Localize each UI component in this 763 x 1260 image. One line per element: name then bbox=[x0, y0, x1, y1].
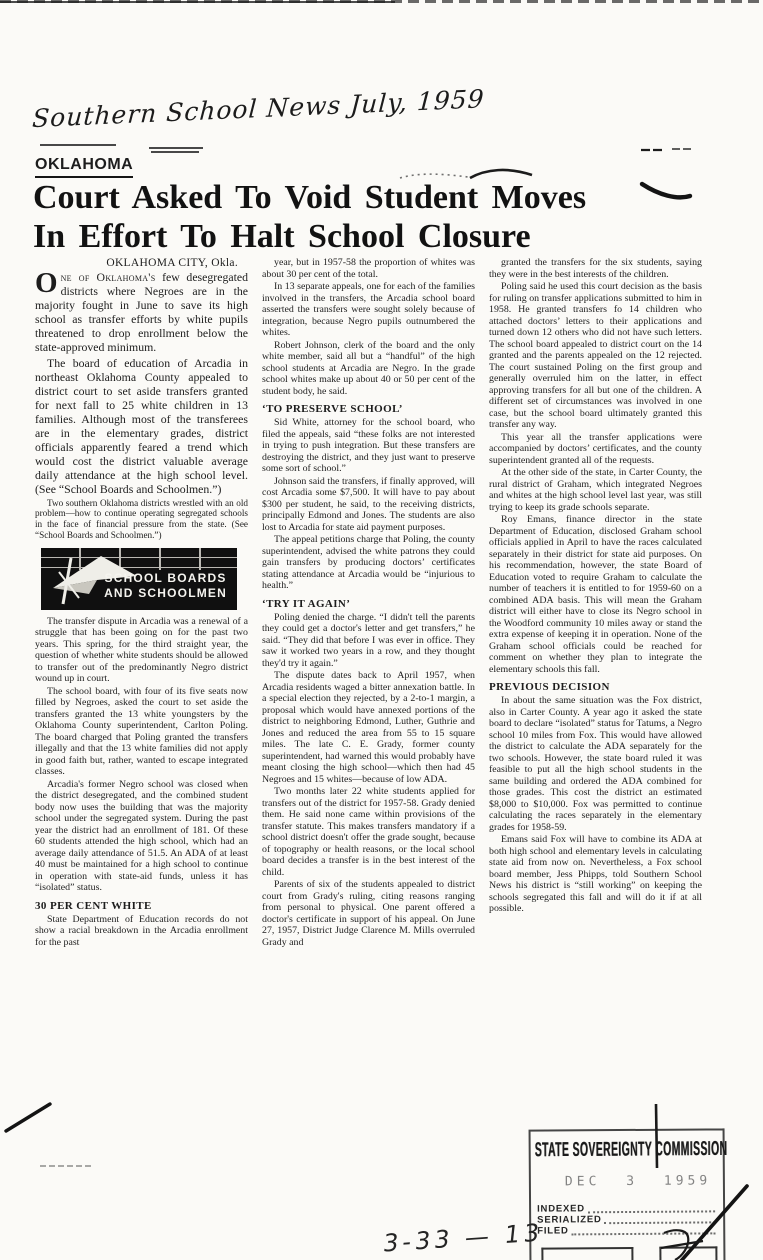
article-paragraph: Poling said he used this court decision … bbox=[489, 281, 702, 431]
stamp-row-label: SERIALIZED bbox=[537, 1214, 602, 1225]
article-paragraph: granted the transfers for the six studen… bbox=[489, 257, 702, 280]
drop-cap: O bbox=[35, 271, 58, 295]
article-paragraph: Poling denied the charge. “I didn't tell… bbox=[262, 612, 475, 670]
logo-line1: SCHOOL BOARDS bbox=[104, 571, 227, 586]
stamp-checklist: INDEXED SERIALIZED FILED bbox=[537, 1202, 717, 1236]
article-paragraph: The dispute dates back to April 1957, wh… bbox=[262, 670, 475, 785]
scan-top-edge-heavy bbox=[0, 1, 395, 3]
article-paragraph: Johnson said the transfers, if finally a… bbox=[262, 476, 475, 534]
stamp-title: STATE SOVEREIGNTY COMMISSION bbox=[535, 1137, 686, 1161]
article-paragraph: Arcadia's former Negro school was closed… bbox=[35, 779, 248, 894]
article-paragraph: This year all the transfer applications … bbox=[489, 432, 702, 467]
logo-text: SCHOOL BOARDS AND SCHOOLMEN bbox=[104, 571, 227, 601]
pen-slash-left-margin bbox=[6, 1104, 50, 1131]
article-paragraph: Two southern Oklahoma districts wrestled… bbox=[35, 498, 248, 541]
small-caps-lead: ne of Oklahoma's bbox=[61, 270, 156, 284]
school-boards-schoolmen-logo: SCHOOL BOARDS AND SCHOOLMEN bbox=[41, 548, 237, 610]
section-label: OKLAHOMA bbox=[35, 156, 133, 178]
article-paragraph: The transfer dispute in Arcadia was a re… bbox=[35, 616, 248, 685]
article-paragraph: State Department of Education records do… bbox=[35, 914, 248, 949]
article-paragraph: Parents of six of the students appealed … bbox=[262, 879, 475, 948]
article-paragraph: In 13 separate appeals, one for each of … bbox=[262, 281, 475, 339]
article-paragraph: Roy Emans, finance director in the state… bbox=[489, 514, 702, 675]
article-paragraph: Two months later 22 white students appli… bbox=[262, 786, 475, 878]
article-paragraph: The board of education of Arcadia in nor… bbox=[35, 356, 248, 497]
article-paragraph: One of Oklahoma's few desegregated distr… bbox=[35, 270, 248, 355]
filing-number-handwriting: 3-33 — 13 bbox=[382, 1218, 545, 1257]
stamp-row-label: INDEXED bbox=[537, 1203, 585, 1214]
pen-underline-news bbox=[149, 148, 203, 152]
state-sovereignty-commission-stamp: STATE SOVEREIGNTY COMMISSION DEC 3 1959 … bbox=[529, 1128, 726, 1260]
article-paragraph: The appeal petitions charge that Poling,… bbox=[262, 534, 475, 592]
article-paragraph: Emans said Fox will have to combine its … bbox=[489, 834, 702, 915]
dotted-leader bbox=[572, 1224, 716, 1235]
article-paragraph: Sid White, attorney for the school board… bbox=[262, 417, 475, 475]
headline-line2: In Effort To Halt School Closure bbox=[33, 217, 693, 256]
section-subhead: 30 PER CENT WHITE bbox=[35, 900, 248, 912]
stamp-empty-box-right bbox=[659, 1246, 717, 1260]
article-paragraph: Robert Johnson, clerk of the board and t… bbox=[262, 340, 475, 398]
stamp-row-filed: FILED bbox=[537, 1224, 717, 1236]
stamp-date: DEC 3 1959 bbox=[565, 1173, 723, 1189]
section-subhead: ‘TRY IT AGAIN’ bbox=[262, 598, 475, 610]
pen-curve-mark bbox=[470, 170, 532, 178]
article-body: OKLAHOMA CITY, Okla.One of Oklahoma's fe… bbox=[35, 257, 703, 949]
article-column-2: year, but in 1957-58 the proportion of w… bbox=[262, 257, 475, 949]
logo-line2: AND SCHOOLMEN bbox=[104, 586, 227, 601]
article-paragraph: In about the same situation was the Fox … bbox=[489, 695, 702, 833]
headline-line1: Court Asked To Void Student Moves bbox=[33, 178, 693, 217]
article-column-1: OKLAHOMA CITY, Okla.One of Oklahoma's fe… bbox=[35, 257, 248, 949]
dotted-leader bbox=[605, 1213, 716, 1224]
article-paragraph: The school board, with four of its five … bbox=[35, 686, 248, 778]
article-paragraph: year, but in 1957-58 the proportion of w… bbox=[262, 257, 475, 280]
stamp-empty-box-left bbox=[541, 1247, 633, 1260]
dateline: OKLAHOMA CITY, Okla. bbox=[35, 257, 238, 269]
dotted-leader bbox=[588, 1202, 715, 1213]
article-column-3: granted the transfers for the six studen… bbox=[489, 257, 702, 949]
page-title: Court Asked To Void Student Moves In Eff… bbox=[33, 178, 693, 256]
section-subhead: ‘TO PRESERVE SCHOOL’ bbox=[262, 403, 475, 415]
handwritten-source-title: Southern School News July, 1959 bbox=[31, 84, 492, 133]
article-paragraph: At the other side of the state, in Carte… bbox=[489, 467, 702, 513]
newspaper-clipping-page: Southern School News July, 1959 OKLAHOMA… bbox=[0, 0, 763, 1260]
section-subhead: PREVIOUS DECISION bbox=[489, 681, 702, 693]
